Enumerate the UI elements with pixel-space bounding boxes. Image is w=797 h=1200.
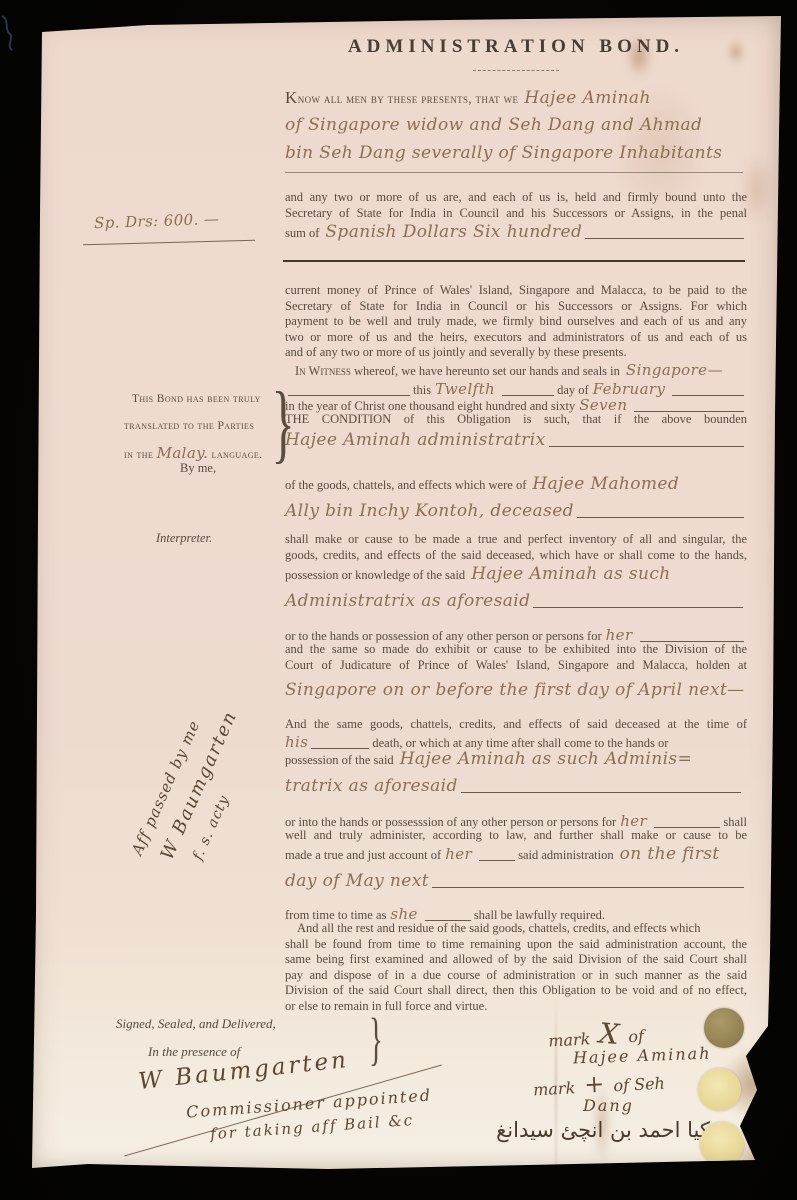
- printed-line: shall be found from time to time remaini…: [285, 937, 747, 953]
- deceased-handwritten-1: Hajee Mahomed: [532, 474, 679, 494]
- mark-word: of Seh: [613, 1074, 665, 1096]
- printed-line: current money of Prince of Wales' Island…: [285, 283, 747, 299]
- printed-smallcaps: In Witness: [295, 364, 351, 378]
- printed-segment: of the goods, chattels, and effects whic…: [285, 478, 526, 494]
- inventory-handwritten: Hajee Aminah as such: [471, 564, 670, 584]
- possession-line: possession of the said Hajee Aminah as s…: [285, 749, 747, 769]
- printed-segment: possession of the said: [285, 753, 394, 769]
- printed-line: same being first examined and allowed of…: [285, 952, 747, 968]
- opening-handwritten-name: Hajee Aminah: [524, 88, 650, 108]
- printed-line: And the same goods, chattels, credits, a…: [285, 717, 747, 733]
- printed-segment: made a true and just account of: [285, 848, 441, 864]
- deceased-line-2: Ally bin Inchy Kontoh, deceased: [285, 501, 747, 521]
- printed-line: and of any two or more of us jointly and…: [285, 345, 747, 361]
- printed-line: Court of Judicature of Prince of Wales' …: [285, 658, 747, 674]
- tratrix-line: tratrix as aforesaid: [285, 776, 747, 796]
- bond-document-page: ADMINISTRATION BOND. Know all men by the…: [28, 14, 782, 1174]
- printed-line: payment to be well and truly made, we fi…: [285, 314, 747, 330]
- language-handwritten: Malay.: [157, 444, 209, 462]
- interpreter-label: Interpreter.: [156, 531, 212, 547]
- blank-rule: [461, 791, 741, 793]
- printed-line: and the same so made do exhibit or cause…: [285, 642, 747, 658]
- presence-label: In the presence of: [148, 1044, 240, 1060]
- printed-line: pay and dispose of in a due course of ad…: [285, 968, 747, 984]
- plus-mark-glyph: +: [583, 1070, 605, 1099]
- knowledge-line: possession or knowledge of the said Haje…: [285, 564, 747, 584]
- printed-line: shall make or cause to be made a true an…: [285, 532, 747, 548]
- mark-name-2: Dang: [583, 1096, 634, 1115]
- administratrix-handwritten: Administratrix as aforesaid: [285, 591, 530, 611]
- opening-handwritten-line2: of Singapore widow and Seh Dang and Ahma…: [285, 115, 747, 135]
- printed-segment: in the: [124, 449, 153, 461]
- opening-line: Know all men by these presents, that we …: [285, 88, 747, 108]
- account-line: made a true and just account of her said…: [285, 844, 747, 864]
- administratrix-line: Administratrix as aforesaid: [285, 591, 747, 611]
- opening-handwritten-line3: bin Seh Dang severally of Singapore Inha…: [285, 143, 747, 163]
- printed-line: And all the rest and residue of the said…: [285, 921, 747, 937]
- margin-scribble-mark: [0, 12, 18, 52]
- printed-line: well and truly administer, according to …: [285, 828, 747, 844]
- deceased-line: of the goods, chattels, and effects whic…: [285, 474, 747, 494]
- mark-word: mark: [533, 1078, 576, 1099]
- penal-sum-line: sum of Spanish Dollars Six hundred: [285, 222, 747, 242]
- printed-segment: whereof, we have hereunto set our hands …: [354, 364, 620, 378]
- pronoun-handwritten: her: [445, 845, 472, 863]
- printed-line: goods, credits, and effects of the said …: [285, 548, 747, 564]
- may-line: day of May next: [285, 871, 747, 891]
- holden-handwritten-line: Singapore on or before the first day of …: [285, 680, 747, 700]
- translated-note-line1: This Bond has been truly: [132, 386, 261, 413]
- blank-rule: [432, 886, 744, 888]
- printed-line: two or more of us and the heirs, executo…: [285, 330, 747, 346]
- wax-seal-bottom: [700, 1122, 744, 1166]
- printed-line: Division of the said Court shall direct,…: [285, 983, 747, 999]
- penal-sum-handwritten: Spanish Dollars Six hundred: [325, 222, 582, 242]
- blank-rule: [577, 516, 744, 518]
- printed-segment: possession or knowledge of the said: [285, 568, 465, 584]
- wax-seal-top: [704, 1008, 744, 1048]
- jawi-signature: كيا احمد بن انچئ سيدانغ: [473, 1118, 733, 1142]
- date-handwritten: on the first: [620, 844, 720, 864]
- printed-segment: said administration: [518, 848, 613, 864]
- printed-line: Secretary of State for India in Council …: [285, 299, 747, 315]
- margin-penal-sum-note: Sp. Drs: 600. —: [94, 210, 220, 232]
- bounden-handwritten-line: Hajee Aminah administratrix: [285, 430, 747, 450]
- blank-rule: [549, 445, 744, 447]
- blank-rule: [479, 859, 515, 861]
- brace: }: [369, 1010, 383, 1068]
- mark-name-1: Hajee Aminah: [573, 1044, 712, 1068]
- place-handwritten: Singapore—: [626, 361, 723, 379]
- translated-note-line2: translated to the Parties: [124, 413, 254, 440]
- blank-rule: [533, 606, 743, 608]
- deceased-handwritten-2: Ally bin Inchy Kontoh, deceased: [285, 501, 574, 521]
- blank-rule: [585, 237, 744, 239]
- printed-line: or else to remain in full force and virt…: [285, 999, 747, 1015]
- margin-approval-note: Aff passed by me W Baumgarten f. s. acty: [128, 622, 298, 881]
- brace: }: [272, 380, 295, 468]
- printed-segment: language.: [212, 449, 263, 461]
- margin-note-underline: [83, 240, 255, 246]
- printed-segment: sum of: [285, 226, 319, 242]
- scanned-document-photo: ADMINISTRATION BOND. Know all men by the…: [0, 0, 797, 1200]
- tratrix-handwritten: tratrix as aforesaid: [285, 776, 458, 796]
- wax-seal-middle: [698, 1068, 741, 1111]
- condition-line: THE CONDITION of this Obligation is such…: [285, 412, 747, 428]
- may-handwritten: day of May next: [285, 871, 429, 891]
- goods-handwritten: Hajee Aminah as such Adminis=: [400, 749, 693, 769]
- title-flourish-rule: [473, 70, 559, 71]
- witness-line: In Witness whereof, we have hereunto set…: [285, 361, 747, 380]
- heavy-section-rule: [283, 260, 745, 262]
- bounden-handwritten: Hajee Aminah administratrix: [285, 430, 546, 450]
- printed-line: and any two or more of us are, and each …: [285, 190, 747, 206]
- mark-word: of: [628, 1027, 645, 1047]
- section-rule: [285, 172, 743, 173]
- opening-printed: Know all men by these presents, that we: [285, 90, 518, 108]
- signed-sealed-label: Signed, Sealed, and Delivered,: [116, 1016, 276, 1032]
- page-title: ADMINISTRATION BOND.: [285, 36, 747, 58]
- printed-line: Secretary of State for India in Council …: [285, 206, 747, 222]
- by-me-label: By me,: [180, 461, 216, 477]
